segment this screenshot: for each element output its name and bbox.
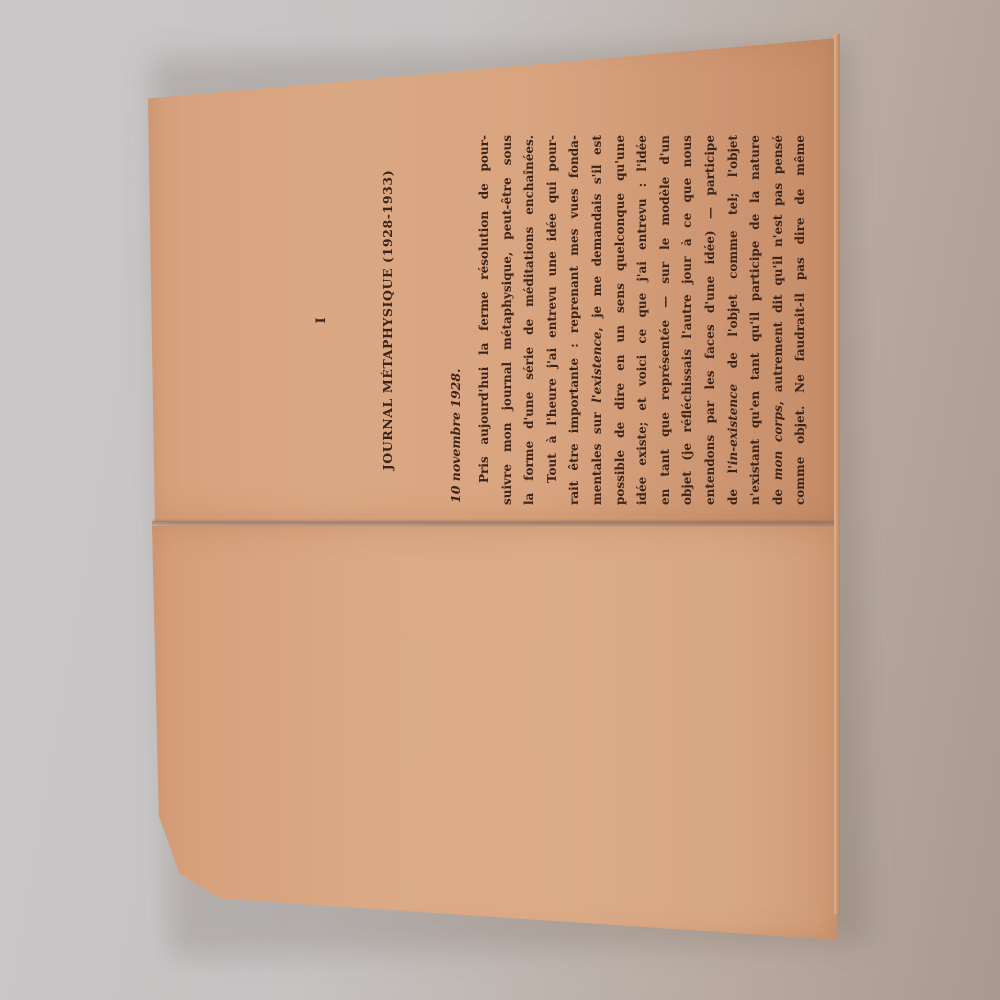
word: en xyxy=(609,355,632,371)
word: de xyxy=(722,352,745,368)
word: corps xyxy=(767,405,790,442)
word: participe xyxy=(699,135,722,195)
word: de xyxy=(722,489,745,505)
word: résolution xyxy=(473,211,496,280)
word: jour xyxy=(676,257,699,284)
word: faces xyxy=(699,324,722,359)
word: mon xyxy=(496,423,519,452)
word: pas xyxy=(789,257,812,280)
word: vues xyxy=(563,188,586,218)
word: importante xyxy=(563,358,586,433)
word: Ne xyxy=(789,374,812,393)
date-heading: 10 novembre 1928. xyxy=(448,369,463,503)
word: pensé xyxy=(767,135,790,174)
word: sens xyxy=(609,283,632,313)
word: corps, xyxy=(767,401,790,442)
word: les xyxy=(699,371,722,390)
word: de xyxy=(518,319,541,335)
word: qu'il xyxy=(767,256,790,286)
word: pour- xyxy=(541,135,564,171)
word: , xyxy=(586,327,609,331)
word: tant xyxy=(744,353,767,381)
word: forme xyxy=(518,441,541,481)
word: de xyxy=(744,214,767,230)
word: objet. xyxy=(789,406,812,444)
text-line: n'existantqu'entantqu'ilparticipedelanat… xyxy=(744,135,767,505)
word: demandais xyxy=(586,194,609,267)
word: à xyxy=(676,238,699,246)
word: comme xyxy=(789,457,812,505)
text-line: Prisaujourd'huilafermerésolutiondepour- xyxy=(473,135,496,505)
word: dire xyxy=(789,217,812,244)
text-line: mentalessurl'existence,jemedemandaiss'il… xyxy=(586,135,609,505)
text-line: objet(jeréfléchissaisl'autrejouràcequeno… xyxy=(676,135,699,505)
text-line: idéeexiste;etvoicicequej'aientrevu:l'idé… xyxy=(631,135,654,505)
word: l'autre xyxy=(676,294,699,338)
word: l'existence, xyxy=(586,327,609,402)
text-line: del'in-existencedel'objetcommetel;l'obje… xyxy=(722,135,745,505)
word: nature xyxy=(744,135,767,180)
word: la xyxy=(518,493,541,505)
word: de xyxy=(767,489,790,505)
word: entendons xyxy=(699,435,722,505)
word: ce xyxy=(676,213,699,228)
word: ferme xyxy=(473,291,496,330)
word: sur xyxy=(586,412,609,434)
word: l'existence xyxy=(586,332,609,403)
word: pour- xyxy=(473,135,496,171)
word: et xyxy=(631,397,654,410)
word: me xyxy=(586,276,609,296)
word: — xyxy=(654,296,677,308)
word: l'objet xyxy=(722,135,745,177)
text-line: Toutàl'heurej'aientrevuuneidéequipour- xyxy=(541,135,564,505)
word: n'est xyxy=(767,215,790,247)
word: qui xyxy=(541,181,564,203)
word: un xyxy=(609,325,632,342)
word: aujourd'hui xyxy=(473,367,496,445)
word: ce xyxy=(631,329,654,344)
text-line: possiblededireenunsensquelconquequ'une xyxy=(609,135,632,505)
chapter-title: JOURNAL MÉTAPHYSIQUE (1928-1933) xyxy=(380,135,395,505)
word: : xyxy=(631,183,654,187)
word: que xyxy=(676,178,699,203)
word: participe xyxy=(744,241,767,301)
word: série xyxy=(518,347,541,380)
word: idée) xyxy=(699,230,722,264)
word: comme xyxy=(722,231,745,279)
word: par xyxy=(699,401,722,424)
word: que xyxy=(631,293,654,318)
word: entrevu xyxy=(541,286,564,338)
body-text: Prisaujourd'huilafermerésolutiondepour-s… xyxy=(473,135,812,505)
book-gutter xyxy=(152,519,836,527)
word: , xyxy=(767,401,790,405)
word: rait xyxy=(563,481,586,505)
word: mon xyxy=(767,451,790,480)
word: nous xyxy=(676,135,699,167)
text-line: commeobjet.Nefaudrait-ilpasdiredemême xyxy=(789,135,812,505)
word: l'in-existence xyxy=(722,384,745,473)
word: que xyxy=(654,412,677,437)
word: enchaînées. xyxy=(518,135,541,215)
page-text-rotated: I JOURNAL MÉTAPHYSIQUE (1928-1933) 10 no… xyxy=(300,135,840,505)
word: peut-être xyxy=(496,177,519,239)
word: tant xyxy=(654,449,677,477)
word: dit xyxy=(767,294,790,313)
word: être xyxy=(563,443,586,470)
word: qu'en xyxy=(744,391,767,428)
word: objet xyxy=(676,471,699,505)
word: tel; xyxy=(722,193,745,215)
word: (je xyxy=(676,443,699,461)
text-frame: I JOURNAL MÉTAPHYSIQUE (1928-1933) 10 no… xyxy=(300,135,840,505)
word: l' xyxy=(722,465,745,473)
word: mentales xyxy=(586,444,609,505)
word: sous xyxy=(496,135,519,165)
word: s'il xyxy=(586,165,609,185)
word: je xyxy=(586,306,609,318)
word: entrevu xyxy=(631,198,654,250)
text-line: entantquereprésentée—surlemodèled'un xyxy=(654,135,677,505)
word: en xyxy=(654,489,677,505)
page-blank xyxy=(152,526,837,940)
word: quelconque xyxy=(609,193,632,271)
text-line: entendonsparlesfacesd'uneidée)—participe xyxy=(699,135,722,505)
word: d'une xyxy=(699,276,722,313)
word: voici xyxy=(631,355,654,386)
word: pas xyxy=(767,183,790,206)
text-line: raitêtreimportante:reprenantmesvuesfonda… xyxy=(563,135,586,505)
text-line: suivremonjournalmétaphysique,peut-êtreso… xyxy=(496,135,519,505)
word: modèle xyxy=(654,177,677,226)
word: j'ai xyxy=(541,348,564,368)
word: à xyxy=(541,435,564,443)
word: : xyxy=(563,343,586,347)
word: mes xyxy=(563,229,586,256)
word: qu'il xyxy=(744,312,767,342)
word: autrement xyxy=(767,322,790,393)
word: la xyxy=(473,343,496,355)
word: l'objet xyxy=(722,295,745,337)
word: l'heure xyxy=(541,378,564,425)
word: journal xyxy=(496,362,519,410)
word: — xyxy=(699,207,722,219)
word: méditations xyxy=(518,227,541,307)
text-line: laformed'unesériedeméditationsenchaînées… xyxy=(518,135,541,505)
word: idée xyxy=(541,213,564,241)
word: reprenant xyxy=(563,266,586,333)
word: qu'une xyxy=(609,135,632,181)
word: est xyxy=(586,135,609,155)
word: existe; xyxy=(631,422,654,466)
word: in-existence xyxy=(722,384,745,465)
word: j'ai xyxy=(631,261,654,281)
word: faudrait-il xyxy=(789,293,812,361)
word: de xyxy=(609,422,632,438)
word: de xyxy=(789,189,812,205)
word: métaphysique, xyxy=(496,252,519,350)
word: l'idée xyxy=(631,135,654,171)
word: idée xyxy=(631,477,654,505)
word: n'existant xyxy=(744,439,767,505)
word: même xyxy=(789,135,812,176)
word: réfléchissais xyxy=(676,349,699,433)
word: de xyxy=(473,183,496,199)
word: suivre xyxy=(496,464,519,505)
chapter-number: I xyxy=(314,135,329,505)
word: possible xyxy=(609,450,632,505)
text-line: demoncorps,autrementditqu'iln'estpaspens… xyxy=(767,135,790,505)
word: Pris xyxy=(473,456,496,483)
word: dire xyxy=(609,383,632,410)
word: le xyxy=(654,238,677,250)
word: une xyxy=(541,251,564,276)
word: représentée xyxy=(654,320,677,400)
word: d'un xyxy=(654,135,677,165)
word: fonda- xyxy=(563,135,586,178)
word: d'une xyxy=(518,392,541,429)
word: la xyxy=(744,191,767,203)
word: Tout xyxy=(541,453,564,483)
word: sur xyxy=(654,262,677,284)
